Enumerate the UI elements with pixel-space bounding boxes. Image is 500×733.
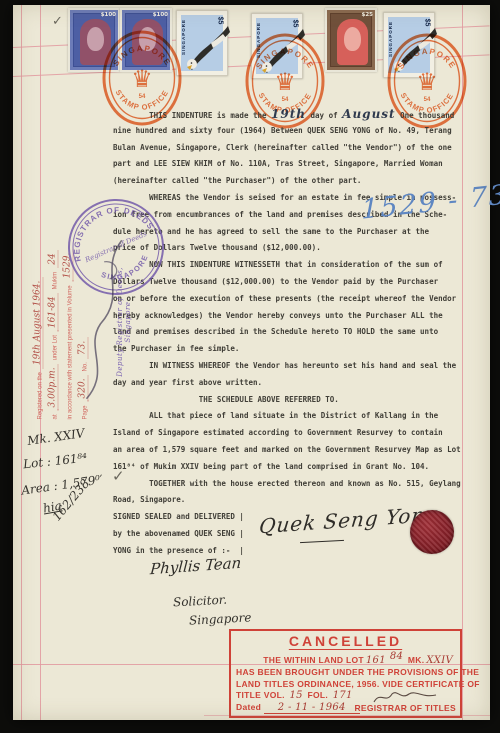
handwritten-text: 19th [271,107,306,121]
printed-text: Island of Singapore estimated according … [113,428,443,437]
cancelled-lot-fill: 161 [364,655,388,666]
cancelled-line3: LAND TITLES ORDINANCE, 1956. VIDE CERTIF… [236,679,455,689]
typed-line: hereby acknowledges) the Vendor hereby c… [113,308,465,325]
margin-note-lot: Lot : 161⁸⁴ [22,451,87,472]
stamp-denomination: $5 [217,17,224,25]
printed-text: under Lot [53,335,59,360]
cancelled-stamp-box: CANCELLED THE WITHIN LAND LOT16184 MK.XX… [229,629,462,718]
deed-body-text: THIS INDENTURE is made the 19th day of A… [113,106,465,560]
margin-rule-left-outer [21,5,22,720]
handwritten-text: 24 [48,250,59,267]
stamp-denomination: $5 [292,20,299,28]
printed-text: ALL that piece of land situate in the Di… [113,411,438,420]
printed-text: One thousand [396,111,455,120]
stamp-denomination: $5 [424,19,431,27]
typed-line: part and LEE SIEW KHIM of No. 110A, Tras… [113,156,465,173]
typed-line: an area of 1,579 square feet and marked … [113,442,465,459]
registrar-block: REGISTRAR OF TITLES [354,689,456,713]
printed-text: YONG in the presence of :- | [113,546,244,555]
printed-text: day of [306,111,342,120]
handwritten-text: 19th August 1964. [33,278,44,368]
printed-text: on or before the execution of these pres… [113,294,456,303]
printed-text: THE SCHEDULE ABOVE REFERRED TO. [113,395,339,404]
handwritten-text: 3.00p.m. [48,364,59,410]
document-paper: ✓ ♛ 54 SINGAPORE [13,5,490,720]
red-wax-seal [410,510,454,554]
dated-label: Dated [236,702,261,712]
printed-text: hereby acknowledges) the Vendor hereby c… [113,311,443,320]
fol-label: FOL. [307,690,328,700]
handwritten-text: 161-84 [48,293,59,331]
typed-line: land and premises described in the Sched… [113,324,465,341]
witness-place: Singapore [189,610,252,627]
printed-text: Mukim [53,272,59,290]
printed-text: Road, Singapore. [113,495,185,504]
typed-line: the Purchaser in fee simple. [113,341,465,358]
stamp-denomination: $25 [362,12,373,18]
printed-text: by the abovenamed QUEK SENG | [113,529,244,538]
typed-line: day and year first above written. [113,375,465,392]
printed-text: nine hundred and sixty four (1964) Betwe… [113,126,452,135]
margin-note-mukim: Mk. XXIV [26,426,85,448]
typed-line: Bulan Avenue, Singapore, Clerk (hereinaf… [113,140,465,157]
printed-text: at [53,414,59,419]
document-photo: ✓ ♛ 54 SINGAPORE [0,0,500,733]
fol-fill: 171 [331,690,355,701]
revenue-stamp-25: $25 [325,8,377,72]
printed-text: part and LEE SIEW KHIM of No. 110A, Tras… [113,159,443,168]
cancelled-lot-sup: 84 [388,651,405,662]
printed-text: SIGNED SEALED and DELIVERED | [113,512,244,521]
cancelled-title: CANCELLED [236,633,455,649]
cancelled-line1: THE WITHIN LAND LOT16184 MK.XXIV [236,651,455,666]
eagle-icon [181,17,233,73]
cancelled-mk-label: MK. [408,655,424,665]
printed-text: an area of 1,579 square feet and marked … [113,445,461,454]
cancelled-mk-fill: XXIV [424,655,455,666]
dated-row: Dated 2 - 11 - 1964 [236,702,360,713]
title-vol-fill: 15 [287,690,304,701]
printed-text: day and year first above written. [113,378,262,387]
margin-checkmark-icon: ✓ [112,467,125,485]
typed-line: IN WITNESS WHEREOF the Vendor has hereun… [113,358,465,375]
typed-line: nine hundred and sixty four (1964) Betwe… [113,123,465,140]
registration-stamp-row: Registered on the19th August 1964. [33,185,44,420]
printed-text: IN WITNESS WHEREOF the Vendor has hereun… [113,361,456,370]
cancelled-line2: HAS BEEN BROUGHT UNDER THE PROVISIONS OF… [236,667,455,677]
typed-line: 161⁸⁴ of Mukim XXIV being part of the la… [113,459,465,476]
printed-text: THIS INDENTURE is made the [113,111,271,120]
printed-text: land and premises described in the Sched… [113,327,438,336]
printed-text: 161⁸⁴ of Mukim XXIV being part of the la… [113,462,429,471]
stamp-denomination: $100 [101,12,116,18]
typed-line: YONG in the presence of :- | [113,543,465,560]
typed-line: THE SCHEDULE ABOVE REFERRED TO. [113,392,465,409]
typed-line: TOGETHER with the house erected thereon … [113,476,465,493]
typed-line: THIS INDENTURE is made the 19th day of A… [113,106,465,123]
cancelled-line1-printed: THE WITHIN LAND LOT [263,655,364,665]
printed-text: Bulan Avenue, Singapore, Clerk (hereinaf… [113,143,452,152]
registrar-label: REGISTRAR OF TITLES [354,703,456,713]
printed-text: Page [83,405,89,419]
pencil-checkmark-icon: ✓ [52,13,63,29]
printed-text: (hereinafter called "the Purchaser") of … [113,176,361,185]
typed-line: on or before the execution of these pres… [113,291,465,308]
queen-portrait [344,27,361,51]
handwritten-text: August [342,107,395,121]
deputy-registrar-caption: Deputy Registrar of Deeds, Singapore [116,247,132,397]
typed-line: (hereinafter called "the Purchaser") of … [113,173,465,190]
dated-fill: 2 - 11 - 1964 [264,702,360,714]
stamp-denomination: $100 [153,12,168,18]
printed-text: TOGETHER with the house erected thereon … [113,479,461,488]
title-vol-label: TITLE VOL. [236,690,285,700]
witness-title: Solicitor. [173,593,228,610]
printed-text: Registered on the [38,372,44,419]
typed-line: Island of Singapore estimated according … [113,425,465,442]
typed-line: ALL that piece of land situate in the Di… [113,408,465,425]
